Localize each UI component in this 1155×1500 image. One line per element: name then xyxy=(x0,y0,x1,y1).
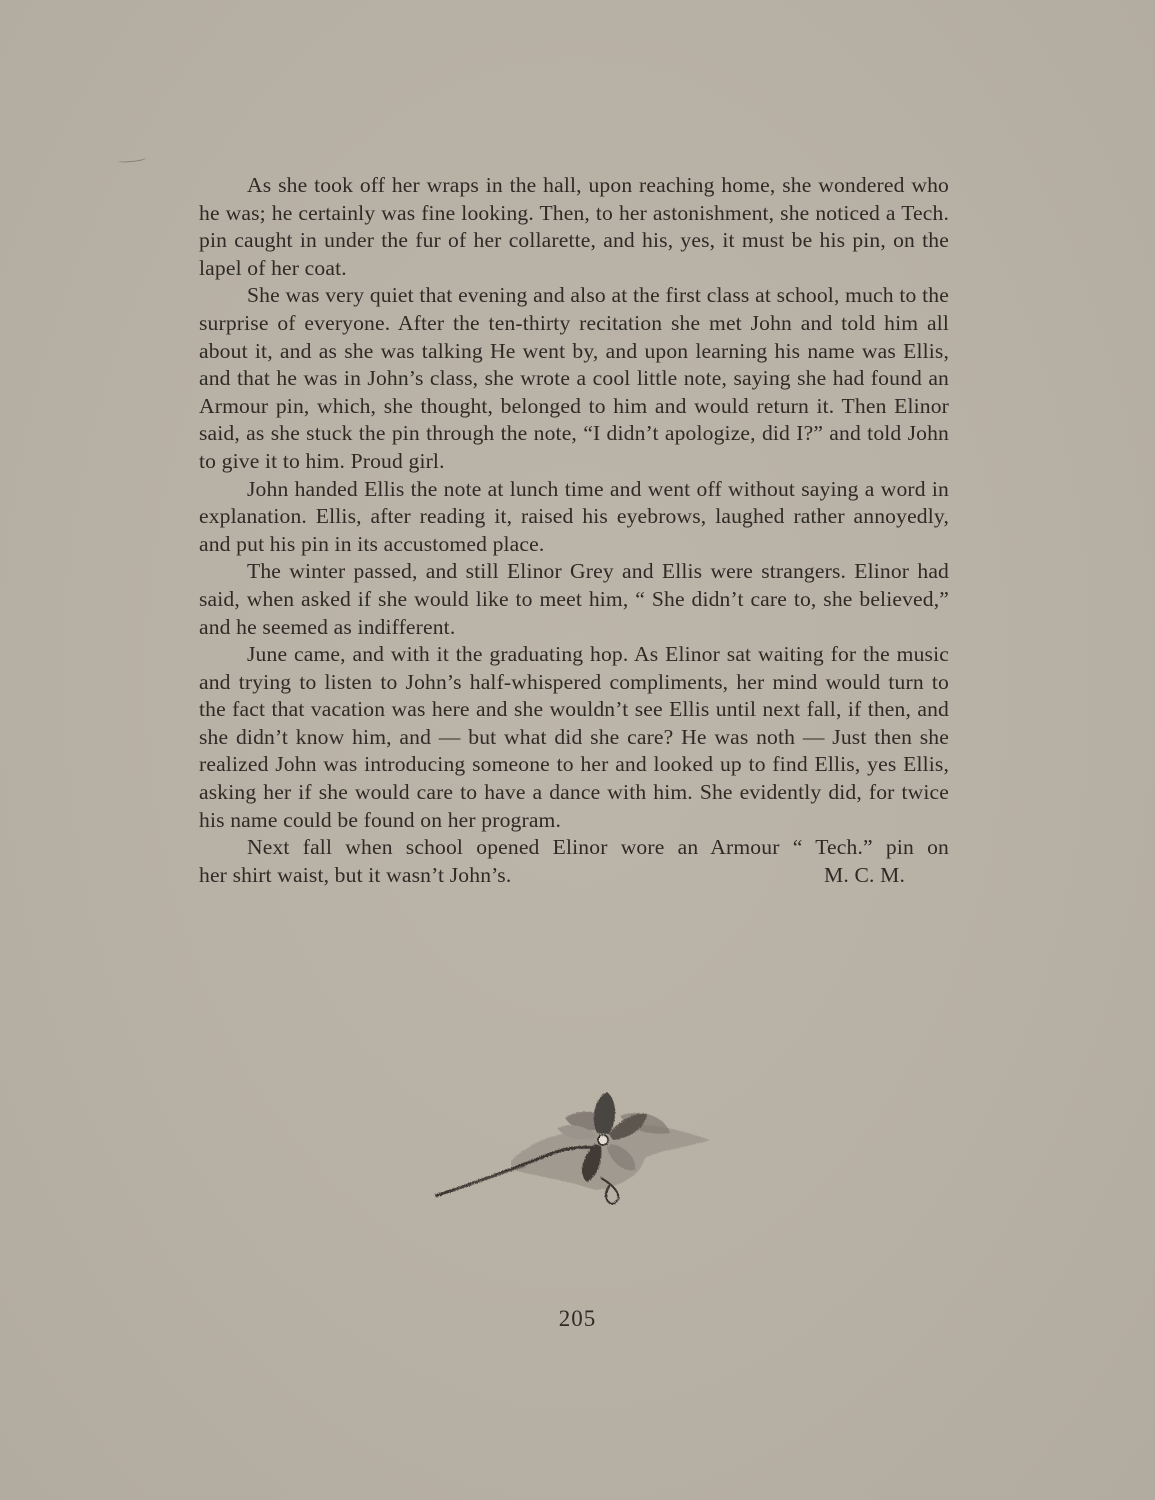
paragraph-6-last-line: her shirt waist, but it wasn’t John’s. M… xyxy=(199,862,949,890)
paragraph-5: June came, and with it the graduating ho… xyxy=(199,641,949,834)
paragraph-6-lead: Next fall when school opened Elinor wore… xyxy=(247,835,949,859)
paragraph-2: She was very quiet that evening and also… xyxy=(199,282,949,475)
flower-ornament-icon xyxy=(425,1078,725,1208)
stray-ink-mark xyxy=(118,156,146,164)
paragraph-6: Next fall when school opened Elinor wore… xyxy=(199,834,949,862)
paragraph-3: John handed Ellis the note at lunch time… xyxy=(199,476,949,559)
author-signature: M. C. M. xyxy=(824,862,905,890)
paragraph-1: As she took off her wraps in the hall, u… xyxy=(199,172,949,282)
page-number: 205 xyxy=(0,1306,1155,1332)
book-page: As she took off her wraps in the hall, u… xyxy=(0,0,1155,1500)
paragraph-4: The winter passed, and still Elinor Grey… xyxy=(199,558,949,641)
story-text: As she took off her wraps in the hall, u… xyxy=(199,172,949,889)
paragraph-6-ending: her shirt waist, but it wasn’t John’s. xyxy=(199,863,511,887)
